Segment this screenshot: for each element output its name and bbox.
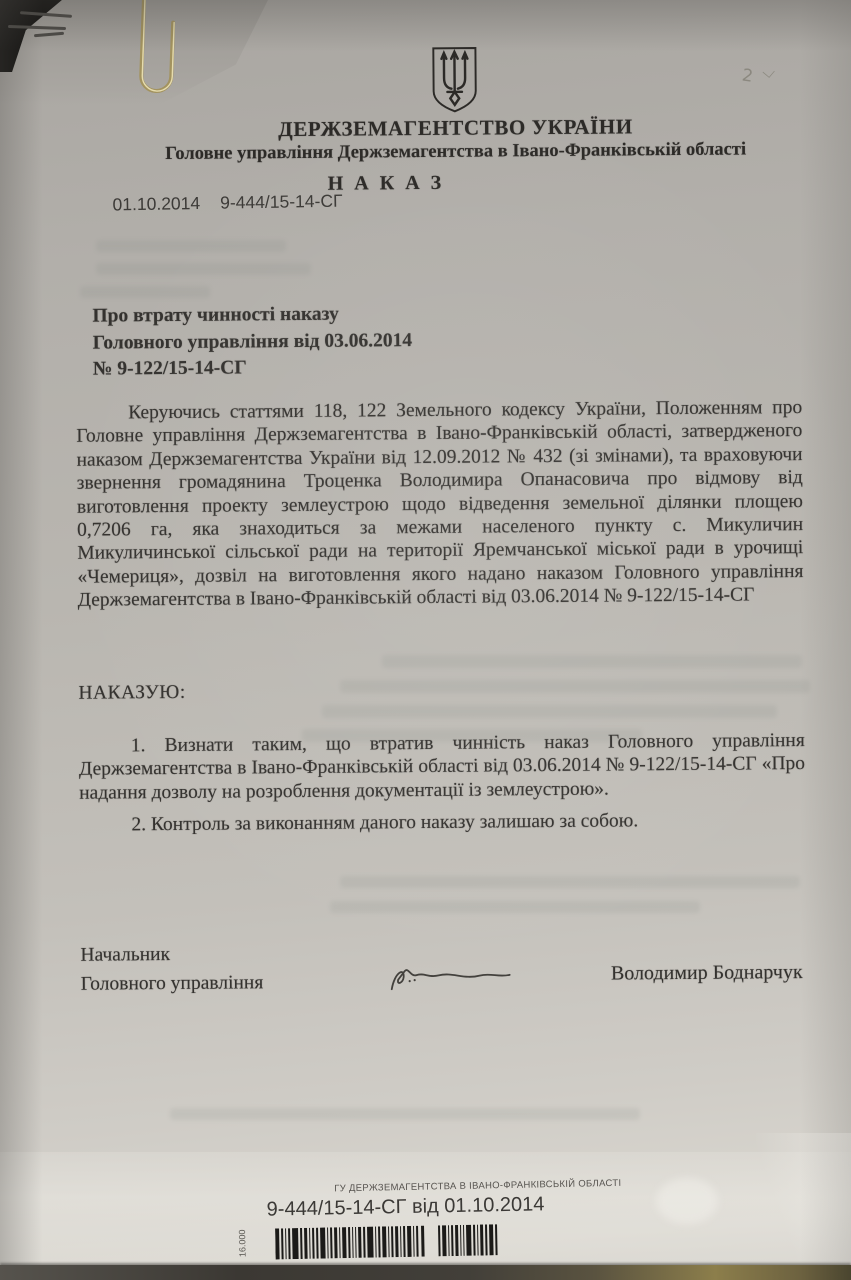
order-item-2: 2. Контроль за виконанням даного наказу … xyxy=(79,808,805,837)
order-document: ДЕРЖЗЕМАГЕНТСТВО УКРАЇНИ Головне управлі… xyxy=(0,0,851,1280)
handwritten-signature-icon xyxy=(386,961,518,1002)
order-item-1: 1. Визнати таким, що втратив чинність на… xyxy=(79,729,806,805)
order-heading: НАКАЗУЮ: xyxy=(78,682,185,705)
paperclip-icon xyxy=(126,0,186,115)
order-items: 1. Визнати таким, що втратив чинність на… xyxy=(79,729,806,837)
signature-block: Начальник Головного управління Володимир… xyxy=(80,935,807,1011)
pencil-tick-icon: ⌵ xyxy=(761,62,776,83)
registration-date: 01.10.2014 xyxy=(112,193,200,214)
preamble-paragraph: Керуючись статтями 118, 122 Земельного к… xyxy=(76,396,804,612)
subject-block: Про втрату чинності наказу Головного упр… xyxy=(92,301,412,383)
signatory-name: Володимир Боднарчук xyxy=(611,961,803,986)
registration-line: 01.10.20149-444/15-14-СГ xyxy=(112,191,342,216)
stamp-side-code: 16.000 xyxy=(237,1229,248,1257)
subject-line: Головного управління від 03.06.2014 xyxy=(93,328,413,357)
photo-bottom-edge xyxy=(0,1265,851,1280)
subject-line: Про втрату чинності наказу xyxy=(92,301,412,330)
pencil-annotation-number: 2 xyxy=(741,65,765,88)
registration-number: 9-444/15-14-СГ xyxy=(220,191,343,213)
barcode-icon xyxy=(275,1224,504,1259)
subject-line: № 9-122/15-14-СГ xyxy=(93,354,413,383)
ukraine-trident-emblem-icon xyxy=(423,46,486,114)
document-photo: ДЕРЖЗЕМАГЕНТСТВО УКРАЇНИ Головне управлі… xyxy=(0,0,851,1280)
